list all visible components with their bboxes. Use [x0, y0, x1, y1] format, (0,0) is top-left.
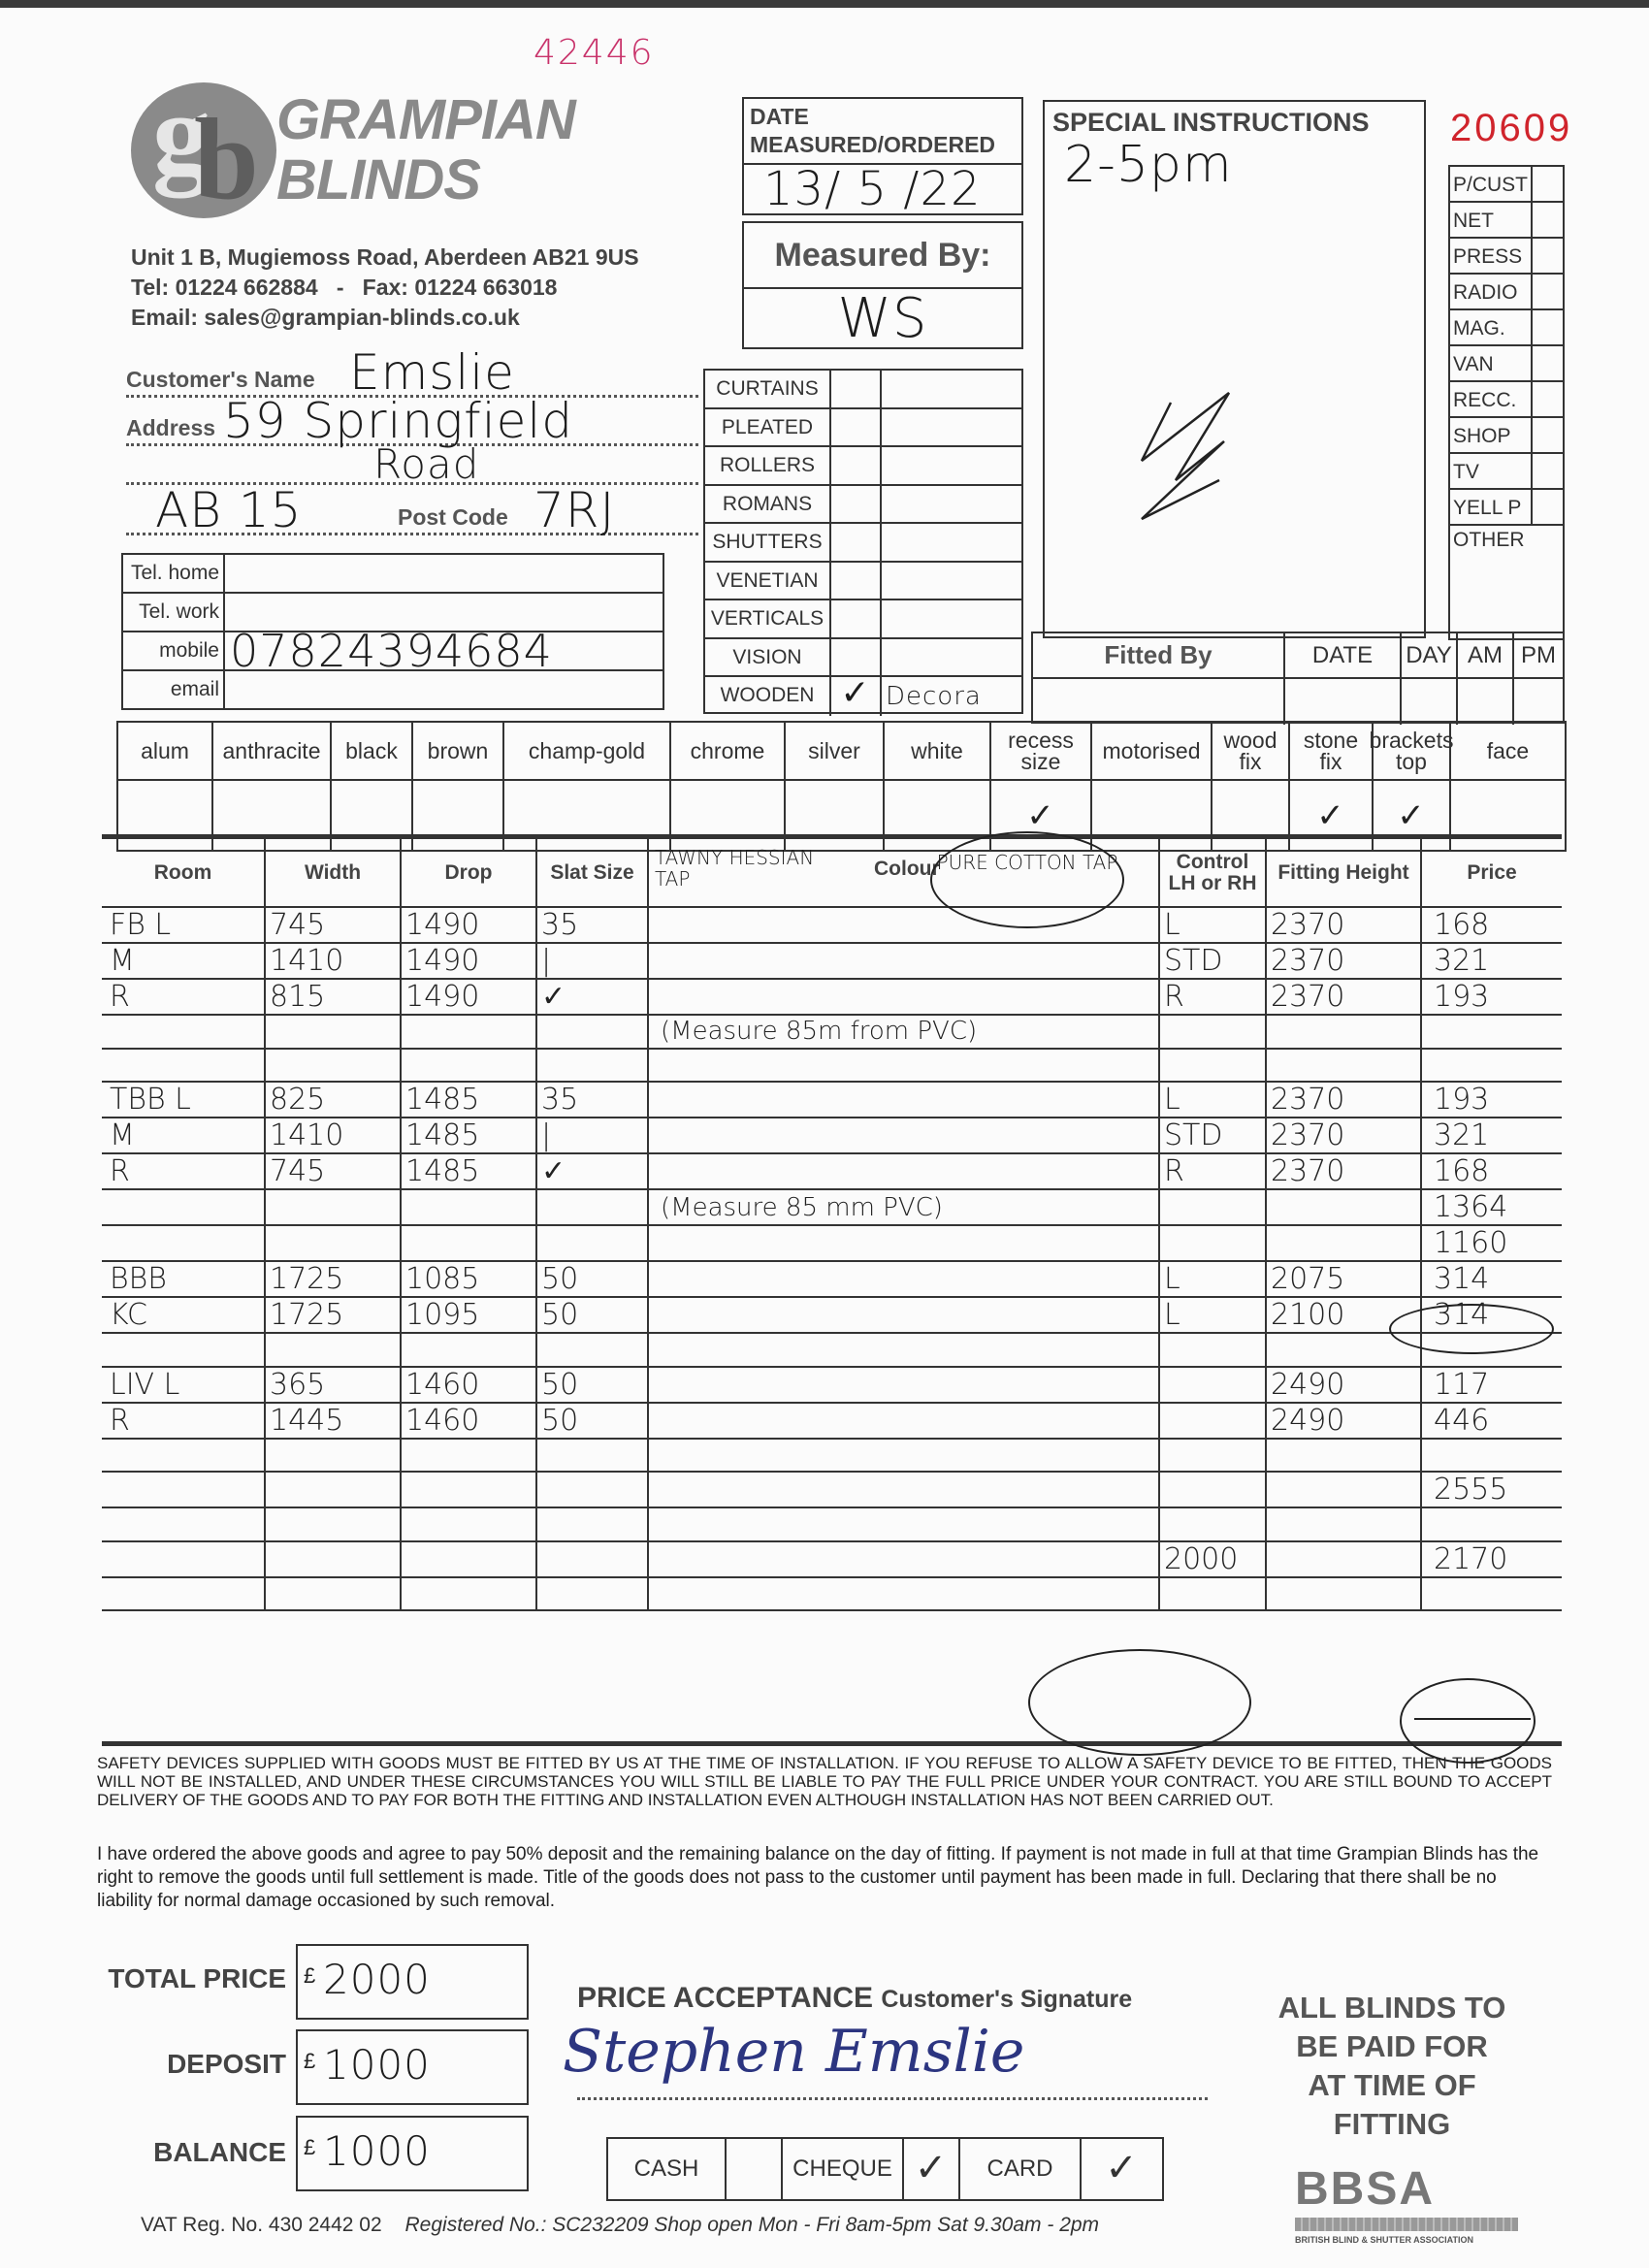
cell-control[interactable]: L	[1159, 1297, 1266, 1333]
cell-fitting[interactable]	[1266, 1439, 1421, 1473]
cell-width[interactable]: 745	[265, 907, 401, 943]
cell-fitting[interactable]: 2490	[1266, 1367, 1421, 1403]
cell-control[interactable]	[1159, 1507, 1266, 1541]
cell-slat[interactable]: |	[536, 1118, 648, 1153]
cell-colour[interactable]	[648, 1225, 1159, 1261]
colour-circled: PURE COTTON TAP	[930, 831, 1124, 928]
safety-terms: SAFETY DEVICES SUPPLIED WITH GOODS MUST …	[97, 1754, 1552, 1809]
col-slat-size: Slat Size	[536, 839, 648, 907]
cell-colour[interactable]	[648, 943, 1159, 979]
cell-control[interactable]	[1159, 1577, 1266, 1611]
cell-price[interactable]: 2170	[1421, 1541, 1562, 1577]
options-table: alum anthracite black brown champ-gold c…	[116, 721, 1567, 852]
company-phone-fax: Tel: 01224 662884 - Fax: 01224 663018	[131, 273, 639, 303]
fitted-by-table: Fitted By DATE DAY AM PM	[1031, 632, 1565, 724]
cell-control[interactable]	[1159, 1333, 1266, 1367]
cell-colour[interactable]	[648, 1118, 1159, 1153]
cell-price[interactable]	[1421, 1015, 1562, 1049]
address-line3-value: AB 15	[155, 482, 302, 538]
fitted-pm-input[interactable]	[1514, 679, 1563, 725]
cell-width[interactable]	[265, 1541, 401, 1577]
product-type-row[interactable]: CURTAINS	[705, 371, 1021, 409]
cell-room[interactable]: KC	[102, 1297, 265, 1333]
table-row[interactable]: M14101485|STD2370321	[102, 1118, 1562, 1153]
measured-by-box: Measured By: WS	[742, 221, 1023, 349]
product-type-row[interactable]: ROMANS	[705, 486, 1021, 525]
col-colour: TAWNY HESSIAN TAP Colour PURE COTTON TAP	[648, 839, 1159, 907]
bbsa-logo: BBSA BRITISH BLIND & SHUTTER ASSOCIATION	[1295, 2165, 1518, 2245]
cell-control[interactable]	[1159, 1015, 1266, 1049]
subtotal-circle	[1389, 1304, 1554, 1354]
cell-drop[interactable]: 1490	[401, 943, 536, 979]
cell-fitting[interactable]: 2370	[1266, 979, 1421, 1015]
source-row[interactable]: TV	[1450, 454, 1563, 490]
cell-colour[interactable]	[648, 1577, 1159, 1611]
cell-slat[interactable]	[536, 1225, 648, 1261]
footer: VAT Reg. No. 430 2442 02 Registered No.:…	[141, 2214, 1099, 2237]
table-row[interactable]: 1160	[102, 1225, 1562, 1261]
cell-colour[interactable]	[648, 979, 1159, 1015]
cell-drop[interactable]: 1085	[401, 1261, 536, 1297]
cell-width[interactable]	[265, 1577, 401, 1611]
address-line2-value: Road	[373, 440, 479, 488]
cell-width[interactable]	[265, 1507, 401, 1541]
cell-width[interactable]	[265, 1472, 401, 1507]
cell-room[interactable]	[102, 1225, 265, 1261]
company-address: Unit 1 B, Mugiemoss Road, Aberdeen AB21 …	[131, 243, 639, 273]
cell-slat[interactable]	[536, 1507, 648, 1541]
product-type-row[interactable]: PLEATED	[705, 409, 1021, 448]
cell-fitting[interactable]: 2370	[1266, 1082, 1421, 1118]
product-type-row[interactable]: VISION	[705, 639, 1021, 678]
cell-room[interactable]: M	[102, 1118, 265, 1153]
cell-room[interactable]: M	[102, 943, 265, 979]
cell-colour[interactable]	[648, 1082, 1159, 1118]
cell-width[interactable]	[265, 1015, 401, 1049]
cell-width[interactable]: 1725	[265, 1261, 401, 1297]
product-type-row[interactable]: VENETIAN	[705, 563, 1021, 601]
table-row[interactable]	[102, 1439, 1562, 1473]
agreement-terms: I have ordered the above goods and agree…	[97, 1843, 1552, 1913]
cell-fitting[interactable]: 2370	[1266, 1153, 1421, 1189]
source-row[interactable]: RECC.	[1450, 382, 1563, 418]
cell-slat[interactable]	[536, 1439, 648, 1473]
cell-control[interactable]: L	[1159, 907, 1266, 943]
cell-room[interactable]	[102, 1049, 265, 1083]
table-row[interactable]: M14101490|STD2370321	[102, 943, 1562, 979]
col-control: Control LH or RH	[1159, 839, 1266, 907]
source-row[interactable]: PRESS	[1450, 239, 1563, 275]
cell-drop[interactable]	[401, 1049, 536, 1083]
table-row[interactable]: R8151490✓R2370193	[102, 979, 1562, 1015]
date-measured-box: DATE MEASURED/ORDERED 13/ 5 /22	[742, 97, 1023, 215]
table-row[interactable]: KC1725109550L2100314	[102, 1297, 1562, 1333]
cell-colour[interactable]	[648, 1541, 1159, 1577]
cell-width[interactable]	[265, 1333, 401, 1367]
cell-price[interactable]: 117	[1421, 1367, 1562, 1403]
measured-by-value[interactable]: WS	[744, 289, 1021, 349]
phone-row[interactable]: mobile07824394684	[123, 632, 663, 671]
cell-drop[interactable]	[401, 1472, 536, 1507]
cell-drop[interactable]: 1460	[401, 1367, 536, 1403]
cell-price[interactable]: 2555	[1421, 1472, 1562, 1507]
address-label: Address	[126, 415, 215, 441]
cell-slat[interactable]: 50	[536, 1261, 648, 1297]
cell-fitting[interactable]: 2370	[1266, 907, 1421, 943]
cell-slat[interactable]	[536, 1577, 648, 1611]
cell-drop[interactable]	[401, 1541, 536, 1577]
fitted-day-input[interactable]	[1402, 679, 1458, 725]
company-contact: Unit 1 B, Mugiemoss Road, Aberdeen AB21 …	[131, 243, 639, 333]
total-price-field[interactable]: £ 2000	[296, 1944, 529, 2020]
table-row[interactable]: TBB L825148535L2370193	[102, 1082, 1562, 1118]
cell-room[interactable]	[102, 1541, 265, 1577]
cell-fitting[interactable]	[1266, 1015, 1421, 1049]
cell-price[interactable]: 193	[1421, 1082, 1562, 1118]
cell-price[interactable]: 321	[1421, 943, 1562, 979]
cell-drop[interactable]: 1490	[401, 907, 536, 943]
cell-slat[interactable]	[536, 1333, 648, 1367]
cell-price[interactable]: 1160	[1421, 1225, 1562, 1261]
cell-drop[interactable]: 1490	[401, 979, 536, 1015]
cell-fitting[interactable]	[1266, 1541, 1421, 1577]
cell-slat[interactable]: ✓	[536, 979, 648, 1015]
cell-control[interactable]: L	[1159, 1261, 1266, 1297]
cell-fitting[interactable]: 2370	[1266, 1118, 1421, 1153]
bbsa-stripes-icon	[1295, 2218, 1518, 2231]
cell-control[interactable]	[1159, 1225, 1266, 1261]
cell-room[interactable]	[102, 1015, 265, 1049]
order-table-header: Room Width Drop Slat Size TAWNY HESSIAN …	[102, 839, 1562, 907]
cell-colour[interactable]: (Measure 85 mm PVC)	[648, 1189, 1159, 1225]
colour-handwritten: TAWNY HESSIAN TAP	[655, 847, 839, 890]
cell-room[interactable]: R	[102, 1403, 265, 1439]
lead-source-checklist: P/CUST NET PRESS RADIO MAG. VAN RECC. SH…	[1448, 165, 1565, 640]
measured-by-label: Measured By:	[744, 223, 1021, 289]
cell-control[interactable]	[1159, 1189, 1266, 1225]
col-drop: Drop	[401, 839, 536, 907]
cell-colour[interactable]	[648, 1472, 1159, 1507]
col-price: Price	[1421, 839, 1562, 907]
date-measured-label: DATE MEASURED/ORDERED	[744, 99, 1021, 165]
cell-control[interactable]	[1159, 1367, 1266, 1403]
cell-drop[interactable]: 1485	[401, 1082, 536, 1118]
crossed-total-circle	[1400, 1678, 1536, 1764]
cell-slat[interactable]	[536, 1541, 648, 1577]
product-type-row[interactable]: VERTICALS	[705, 600, 1021, 639]
cell-slat[interactable]	[536, 1015, 648, 1049]
cell-width[interactable]: 815	[265, 979, 401, 1015]
cell-fitting[interactable]	[1266, 1472, 1421, 1507]
cell-room[interactable]	[102, 1577, 265, 1611]
cell-width[interactable]	[265, 1225, 401, 1261]
cell-control[interactable]: 2000	[1159, 1541, 1266, 1577]
phone-row[interactable]: email	[123, 671, 663, 710]
cell-slat[interactable]	[536, 1049, 648, 1083]
price-acceptance-heading: PRICE ACCEPTANCE Customer's Signature	[577, 1982, 1132, 2015]
cell-width[interactable]: 825	[265, 1082, 401, 1118]
table-row[interactable]: R7451485✓R2370168	[102, 1153, 1562, 1189]
phone-table: Tel. home Tel. work mobile07824394684 em…	[121, 553, 664, 710]
cell-control[interactable]: R	[1159, 1153, 1266, 1189]
cell-slat[interactable]: |	[536, 943, 648, 979]
postcode-label: Post Code	[398, 504, 508, 531]
special-instructions-box: SPECIAL INSTRUCTIONS 2-5pm	[1043, 100, 1426, 638]
cell-fitting[interactable]	[1266, 1049, 1421, 1083]
cell-width[interactable]: 365	[265, 1367, 401, 1403]
table-row[interactable]	[102, 1507, 1562, 1541]
source-row[interactable]: NET	[1450, 203, 1563, 239]
table-row[interactable]: 2555	[102, 1472, 1562, 1507]
customer-signature[interactable]: Stephen Emslie	[563, 2018, 1024, 2086]
table-row[interactable]: 20002170	[102, 1541, 1562, 1577]
fitted-date-input[interactable]	[1285, 679, 1402, 725]
cell-drop[interactable]	[401, 1015, 536, 1049]
cell-control[interactable]: R	[1159, 979, 1266, 1015]
company-name: GRAMPIAN BLINDS	[276, 90, 575, 211]
customer-details: Customer's Name Emslie Address 59 Spring…	[126, 349, 698, 535]
cell-width[interactable]	[265, 1049, 401, 1083]
table-row[interactable]: R14451460502490446	[102, 1403, 1562, 1439]
source-row[interactable]: YELL P	[1450, 490, 1563, 526]
customer-name-label: Customer's Name	[126, 367, 315, 393]
cell-room[interactable]: LIV L	[102, 1367, 265, 1403]
source-row[interactable]: P/CUST	[1450, 167, 1563, 203]
cell-price[interactable]: 446	[1421, 1403, 1562, 1439]
cell-fitting[interactable]: 2490	[1266, 1403, 1421, 1439]
product-type-row[interactable]: WOODEN✓Decora	[705, 677, 1021, 716]
cell-drop[interactable]	[401, 1439, 536, 1473]
cell-colour[interactable]	[648, 1439, 1159, 1473]
cell-room[interactable]: BBB	[102, 1261, 265, 1297]
cell-slat[interactable]: 50	[536, 1403, 648, 1439]
source-row[interactable]: MAG.	[1450, 310, 1563, 346]
cell-room[interactable]	[102, 1472, 265, 1507]
cell-slat[interactable]: 50	[536, 1297, 648, 1333]
cell-slat[interactable]	[536, 1189, 648, 1225]
table-row[interactable]: (Measure 85m from PVC)	[102, 1015, 1562, 1049]
cell-control[interactable]: L	[1159, 1082, 1266, 1118]
cell-room[interactable]	[102, 1507, 265, 1541]
cell-slat[interactable]: 35	[536, 1082, 648, 1118]
cell-width[interactable]: 1410	[265, 943, 401, 979]
cell-colour[interactable]: (Measure 85m from PVC)	[648, 1015, 1159, 1049]
address-field-line2[interactable]: Road	[126, 446, 698, 485]
card-checkbox[interactable]: ✓	[1082, 2139, 1162, 2199]
cell-colour[interactable]	[648, 1297, 1159, 1333]
table-row[interactable]: FB L745149035L2370168	[102, 907, 1562, 943]
address-field-line1[interactable]: Address 59 Springfield	[126, 398, 698, 446]
cell-fitting[interactable]	[1266, 1577, 1421, 1611]
cell-fitting[interactable]	[1266, 1189, 1421, 1225]
payment-method-table: CASH CHEQUE ✓ CARD ✓	[606, 2137, 1164, 2201]
cell-width[interactable]: 1725	[265, 1297, 401, 1333]
cell-price[interactable]: 168	[1421, 1153, 1562, 1189]
source-other[interactable]: OTHER	[1450, 526, 1563, 555]
deposit-field[interactable]: £ 1000	[296, 2029, 529, 2105]
table-row[interactable]	[102, 1577, 1562, 1611]
col-room: Room	[102, 839, 265, 907]
phone-row[interactable]: Tel. home	[123, 555, 663, 594]
cell-colour[interactable]	[648, 1507, 1159, 1541]
cell-slat[interactable]: ✓	[536, 1153, 648, 1189]
cell-drop[interactable]	[401, 1577, 536, 1611]
cell-drop[interactable]	[401, 1333, 536, 1367]
cell-price[interactable]: 193	[1421, 979, 1562, 1015]
cell-price[interactable]: 168	[1421, 907, 1562, 943]
cell-room[interactable]: R	[102, 1153, 265, 1189]
table-row[interactable]	[102, 1333, 1562, 1367]
mobile-value: 07824394684	[225, 632, 553, 669]
cell-width[interactable]: 1410	[265, 1118, 401, 1153]
cell-colour[interactable]	[648, 1261, 1159, 1297]
fitted-by-input[interactable]	[1033, 679, 1285, 725]
cell-colour[interactable]	[648, 1333, 1159, 1367]
checkmark-icon[interactable]: ✓	[831, 677, 882, 716]
cell-control[interactable]	[1159, 1472, 1266, 1507]
cell-price[interactable]: 321	[1421, 1118, 1562, 1153]
scan-edge	[0, 0, 1649, 8]
source-row[interactable]: RADIO	[1450, 275, 1563, 310]
date-measured-value[interactable]: 13/ 5 /22	[744, 165, 1021, 213]
table-row[interactable]	[102, 1049, 1562, 1083]
col-width: Width	[265, 839, 401, 907]
cell-colour[interactable]	[648, 1049, 1159, 1083]
cell-drop[interactable]	[401, 1189, 536, 1225]
cell-room[interactable]: FB L	[102, 907, 265, 943]
scribble-mark-icon	[1132, 373, 1268, 529]
cell-control[interactable]: STD	[1159, 1118, 1266, 1153]
vat-number: VAT Reg. No. 430 2442 02	[141, 2214, 382, 2236]
source-row[interactable]: SHOP	[1450, 418, 1563, 454]
cell-width[interactable]: 1445	[265, 1403, 401, 1439]
cell-fitting[interactable]: 2370	[1266, 943, 1421, 979]
special-instructions-value[interactable]: 2-5pm	[1045, 136, 1424, 194]
cell-slat[interactable]: 50	[536, 1367, 648, 1403]
signature-line	[577, 2097, 1208, 2100]
company-email: Email: sales@grampian-blinds.co.uk	[131, 303, 639, 333]
product-type-table: CURTAINS PLEATED ROLLERS ROMANS SHUTTERS…	[703, 369, 1023, 714]
cell-slat[interactable]: 35	[536, 907, 648, 943]
cell-price[interactable]	[1421, 1577, 1562, 1611]
cell-width[interactable]	[265, 1439, 401, 1473]
cell-colour[interactable]	[648, 1403, 1159, 1439]
cell-fitting[interactable]	[1266, 1225, 1421, 1261]
cell-control[interactable]	[1159, 1403, 1266, 1439]
cell-room[interactable]	[102, 1189, 265, 1225]
serial-number: 20609	[1450, 107, 1572, 150]
balance-field[interactable]: £ 1000	[296, 2116, 529, 2191]
cell-width[interactable]	[265, 1189, 401, 1225]
cell-colour[interactable]	[648, 1367, 1159, 1403]
address-field-line3[interactable]: AB 15 Post Code 7RJ	[126, 485, 698, 535]
cell-room[interactable]: TBB L	[102, 1082, 265, 1118]
cell-control[interactable]	[1159, 1439, 1266, 1473]
cell-drop[interactable]	[401, 1225, 536, 1261]
product-type-row[interactable]: ROLLERS	[705, 447, 1021, 486]
table-row[interactable]: LIV L3651460502490117	[102, 1367, 1562, 1403]
cell-control[interactable]	[1159, 1049, 1266, 1083]
order-table: Room Width Drop Slat Size TAWNY HESSIAN …	[102, 834, 1562, 1746]
final-total-circle	[1028, 1649, 1251, 1756]
cell-room[interactable]: R	[102, 979, 265, 1015]
cell-price[interactable]	[1421, 1507, 1562, 1541]
cell-drop[interactable]: 1460	[401, 1403, 536, 1439]
strike-line	[1414, 1718, 1531, 1720]
cell-width[interactable]: 745	[265, 1153, 401, 1189]
col-fitting-height: Fitting Height	[1266, 839, 1421, 907]
fitted-am-input[interactable]	[1458, 679, 1514, 725]
cell-control[interactable]: STD	[1159, 943, 1266, 979]
handwritten-reference-number: 42446	[533, 33, 655, 73]
cell-room[interactable]	[102, 1333, 265, 1367]
cell-fitting[interactable]: 2075	[1266, 1261, 1421, 1297]
cell-price[interactable]: 314	[1421, 1261, 1562, 1297]
company-logo: g b GRAMPIAN BLINDS	[131, 82, 674, 228]
cell-drop[interactable]: 1095	[401, 1297, 536, 1333]
postcode-value: 7RJ	[533, 482, 615, 538]
table-row[interactable]: BBB1725108550L2075314	[102, 1261, 1562, 1297]
cell-price[interactable]: 1364	[1421, 1189, 1562, 1225]
cell-drop[interactable]: 1485	[401, 1118, 536, 1153]
registered-info: Registered No.: SC232209 Shop open Mon -…	[405, 2214, 1100, 2236]
cell-drop[interactable]	[401, 1507, 536, 1541]
customer-name-field[interactable]: Customer's Name Emslie	[126, 349, 698, 398]
cell-room[interactable]	[102, 1439, 265, 1473]
cell-price[interactable]	[1421, 1439, 1562, 1473]
source-row[interactable]: VAN	[1450, 346, 1563, 382]
cell-colour[interactable]	[648, 1153, 1159, 1189]
product-type-row[interactable]: SHUTTERS	[705, 524, 1021, 563]
cash-checkbox[interactable]	[727, 2139, 783, 2199]
logo-b-letter: b	[194, 92, 259, 226]
cell-drop[interactable]: 1485	[401, 1153, 536, 1189]
cheque-checkbox[interactable]: ✓	[904, 2139, 960, 2199]
payment-notice: ALL BLINDS TO BE PAID FOR AT TIME OF FIT…	[1256, 1989, 1528, 2144]
cell-price[interactable]	[1421, 1049, 1562, 1083]
table-row[interactable]: (Measure 85 mm PVC)1364	[102, 1189, 1562, 1225]
cell-fitting[interactable]	[1266, 1507, 1421, 1541]
cell-slat[interactable]	[536, 1472, 648, 1507]
